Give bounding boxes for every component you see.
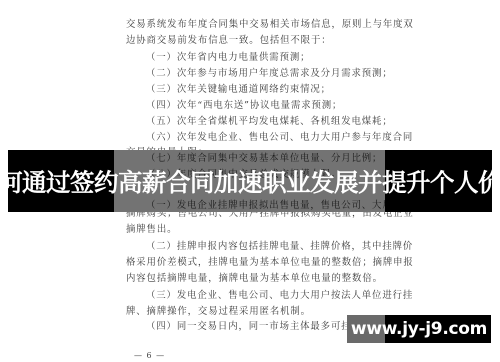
watermark: www.jy-j9.com	[347, 315, 491, 343]
doc-line: 内容包括摘牌电量，摘牌电量为基本单位电量的整数倍。	[126, 273, 383, 285]
doc-list-item: （三）发电企业、售电公司、电力大用户按法人单位进行挂	[146, 290, 413, 302]
doc-list-item: （二）挂牌申报内容包括挂牌电量、挂牌价格，其中挂牌价	[146, 241, 413, 253]
doc-list-item: （二）次年参与市场用户年度总需求及分月需求预测；	[146, 68, 393, 80]
doc-list-item: （一）次年省内电力电量供需预测；	[146, 52, 310, 64]
doc-line: 边协商交易前发布信息一致。包括但不限于：	[126, 35, 332, 47]
banner-title: 如何通过签约高薪合同加速职业发展并提升个人价值	[8, 150, 492, 212]
doc-line: 牌、摘牌操作，交易过程采用匿名机制。	[126, 306, 311, 318]
doc-list-item: （三）次年关键输电通道网络约束情况；	[146, 84, 331, 96]
doc-list-item: （五）次年全省煤机平均发电煤耗、各机组发电煤耗；	[146, 116, 393, 128]
doc-line: 摘牌售出。	[126, 224, 177, 236]
doc-line: 格采用价差模式，挂牌电量为基本单位电量的整数倍；摘牌申报	[126, 257, 414, 269]
doc-list-item: （六）次年发电企业、售电公司、电力大用户参与年度合同	[146, 132, 413, 144]
page-number: — 6 —	[134, 351, 165, 360]
doc-list-item: （四）次年“西电东送”协议电量需求预测；	[146, 100, 342, 112]
doc-line: 交易系统发布年度合同集中交易相关市场信息，原则上与年度双	[126, 19, 414, 31]
watermark-text: www.jy-j9.com	[347, 315, 491, 343]
